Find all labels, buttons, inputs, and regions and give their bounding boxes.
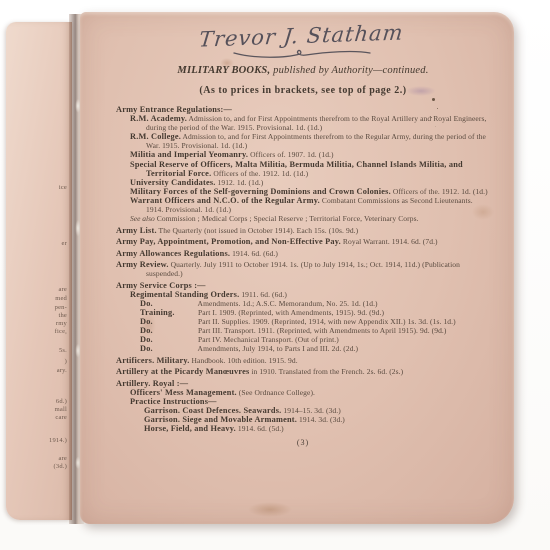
entry-title: Regimental Standing Orders. (130, 290, 239, 299)
entry-title: Practice Instructions— (130, 397, 217, 406)
catalog-entry: Regimental Standing Orders. 1911. 6d. (6… (116, 290, 490, 299)
left-page-text-fragment: 6d.) (56, 398, 67, 405)
catalog-entry: Militia and Imperial Yeomanry. Officers … (116, 150, 490, 159)
handwritten-signature: Trevor J. Statham (197, 20, 404, 51)
catalog-entry: Do. Part IV. Mechanical Transport. (Out … (116, 335, 490, 344)
catalog-entry: Practice Instructions— (116, 397, 490, 406)
catalog-entries: Army Entrance Regulations:—R.M. Academy.… (116, 105, 490, 433)
catalog-entry: Garrison. Siege and Movable Armament. 19… (116, 415, 490, 424)
entry-description: 1912. 1d. (1d.) (216, 178, 264, 187)
book-photo: iceeraremedpen-thermyfice,5s.)ary.6d.)ma… (0, 0, 550, 550)
entry-description: Amendments, July 1914, to Parts I and II… (196, 344, 358, 353)
entry-title: Army Entrance Regulations:— (116, 105, 232, 114)
entry-title: Militia and Imperial Yeomanry. (130, 150, 248, 159)
left-page-text-fragment: ice (59, 184, 67, 191)
entry-description: Part III. Transport. 1911. (Reprinted, w… (196, 326, 447, 335)
left-page-text-fragment: pen- (55, 304, 67, 311)
entry-title: Do. (140, 317, 196, 326)
catalog-entry: Officers' Mess Management. (See Ordnance… (116, 388, 490, 397)
entry-description: 1914. 3d. (3d.) (297, 415, 345, 424)
left-page-text-fragment: med (55, 295, 67, 302)
entry-description: Part IV. Mechanical Transport. (Out of p… (196, 335, 339, 344)
page-title-rest: published by Authority—continued. (270, 65, 428, 76)
page-title-main: MILITARY BOOKS, (177, 65, 270, 76)
catalog-entry: Artificers. Military. Handbook. 10th edi… (116, 356, 490, 365)
entry-title: Army Review. (116, 260, 169, 269)
left-page-text-fragment: mall (55, 406, 67, 413)
catalog-entry: Artillery at the Picardy Manœuvres in 19… (116, 367, 490, 376)
entry-description: (See Ordnance College). (237, 388, 315, 397)
left-page-text-fragment: care (55, 414, 67, 421)
entry-title: Do. (140, 335, 196, 344)
entry-title: Army Pay, Appointment, Promotion, and No… (116, 237, 341, 246)
left-page-text-fragment: rmy (56, 320, 67, 327)
catalog-entry: University Candidates. 1912. 1d. (1d.) (116, 178, 490, 187)
catalog-page: Trevor J. Statham MILITARY BOOKS, publis… (80, 12, 514, 524)
entry-title: Military Forces of the Self-governing Do… (130, 187, 391, 196)
entry-title: University Candidates. (130, 178, 216, 187)
catalog-entry: Army Allowances Regulations. 1914. 6d. (… (116, 249, 490, 258)
left-page-text-fragment: (3d.) (54, 463, 67, 470)
left-page-text-fragment: er (62, 240, 67, 247)
catalog-entry: Do. Amendments. 1d.; A.S.C. Memorandum, … (116, 299, 490, 308)
entry-description: Officers of the. 1912. 1d. (1d.) (211, 169, 308, 178)
entry-description: Officers of the. 1912. 1d. (1d.) (391, 187, 488, 196)
catalog-entry: Military Forces of the Self-governing Do… (116, 187, 490, 196)
catalog-entry: Army Review. Quarterly. July 1911 to Oct… (116, 260, 490, 278)
entry-description: Handbook. 10th edition. 1915. 9d. (190, 356, 298, 365)
page-title: MILITARY BOOKS, published by Authority—c… (116, 65, 490, 77)
entry-description: Part I. 1909. (Reprinted, with Amendment… (196, 308, 384, 317)
catalog-entry: Garrison. Coast Defences. Seawards. 1914… (116, 406, 490, 415)
prices-note: (As to prices in brackets, see top of pa… (116, 85, 490, 96)
entry-description: Royal Warrant. 1914. 6d. (7d.) (341, 237, 438, 246)
catalog-entry: Do. Part III. Transport. 1911. (Reprinte… (116, 326, 490, 335)
left-page-text-fragment: the (58, 312, 67, 319)
catalog-entry: Artillery. Royal :— (116, 379, 490, 388)
catalog-entry: Do. Amendments, July 1914, to Parts I an… (116, 344, 490, 353)
entry-title: R.M. Academy. (130, 114, 187, 123)
page-content: Trevor J. Statham MILITARY BOOKS, publis… (116, 24, 490, 516)
entry-description: Officers of. 1907. 1d. (1d.) (248, 150, 333, 159)
catalog-entry: Army List. The Quarterly (not issued in … (116, 226, 490, 235)
entry-description: 1914–15. 3d. (3d.) (281, 406, 340, 415)
left-page-text-fragment: 1914.) (49, 437, 67, 444)
left-page-text-fragment: fice, (55, 328, 67, 335)
entry-description: in 1910. Translated from the French. 2s.… (249, 367, 403, 376)
catalog-entry: Army Entrance Regulations:— (116, 105, 490, 114)
catalog-entry: R.M. Academy. Admission to, and for Firs… (116, 114, 490, 132)
entry-title: Training. (140, 308, 196, 317)
entry-description: 1914. 6d. (5d.) (236, 424, 284, 433)
catalog-entry: Army Pay, Appointment, Promotion, and No… (116, 237, 490, 246)
catalog-entry: R.M. College. Admission to, and for Firs… (116, 132, 490, 150)
entry-title: Horse, Field, and Heavy. (144, 424, 236, 433)
catalog-entry: Training. Part I. 1909. (Reprinted, with… (116, 308, 490, 317)
left-page-text-fragment: are (58, 286, 67, 293)
entry-title: R.M. College. (130, 132, 181, 141)
entry-title: See also (130, 214, 155, 223)
left-facing-page-edge: iceeraremedpen-thermyfice,5s.)ary.6d.)ma… (6, 22, 72, 520)
owner-signature-row: Trevor J. Statham (112, 24, 490, 60)
entry-title: Army Service Corps :— (116, 281, 206, 290)
entry-title: Do. (140, 344, 196, 353)
entry-description: Amendments. 1d.; A.S.C. Memorandum, No. … (196, 299, 378, 308)
entry-description: Commission ; Medical Corps ; Special Res… (155, 214, 419, 223)
entry-title: Garrison. Coast Defences. Seawards. (144, 406, 281, 415)
catalog-entry: Warrant Officers and N.C.O. of the Regul… (116, 196, 490, 214)
entry-title: Artificers. Military. (116, 356, 190, 365)
catalog-entry: Army Service Corps :— (116, 281, 490, 290)
catalog-entry: See also Commission ; Medical Corps ; Sp… (116, 214, 490, 223)
entry-title: Army Allowances Regulations. (116, 249, 230, 258)
entry-title: Artillery. Royal :— (116, 379, 188, 388)
entry-description: Part II. Supplies. 1909. (Reprinted, 191… (196, 317, 456, 326)
entry-title: Army List. (116, 226, 157, 235)
left-page-text-fragment: ary. (57, 367, 67, 374)
page-number: (3) (116, 438, 490, 447)
entry-title: Warrant Officers and N.C.O. of the Regul… (130, 196, 320, 205)
entry-title: Do. (140, 326, 196, 335)
entry-description: 1911. 6d. (6d.) (239, 290, 287, 299)
catalog-entry: Do. Part II. Supplies. 1909. (Reprinted,… (116, 317, 490, 326)
catalog-entry: Horse, Field, and Heavy. 1914. 6d. (5d.) (116, 424, 490, 433)
entry-description: 1914. 6d. (6d.) (230, 249, 278, 258)
catalog-entry: Special Reserve of Officers, Malta Milit… (116, 160, 490, 178)
entry-title: Officers' Mess Management. (130, 388, 237, 397)
entry-description: Admission to, and for First Appointments… (146, 114, 486, 132)
left-page-text-fragment: are (58, 455, 67, 462)
entry-title: Do. (140, 299, 196, 308)
entry-title: Garrison. Siege and Movable Armament. (144, 415, 297, 424)
entry-title: Artillery at the Picardy Manœuvres (116, 367, 249, 376)
left-page-text-fragment: ) (65, 358, 67, 365)
entry-description: Admission to, and for First Appointments… (146, 132, 486, 150)
entry-description: Quarterly. July 1911 to October 1914. 1s… (146, 260, 460, 278)
left-page-text-fragment: 5s. (59, 347, 67, 354)
entry-description: The Quarterly (not issued in October 191… (157, 226, 359, 235)
